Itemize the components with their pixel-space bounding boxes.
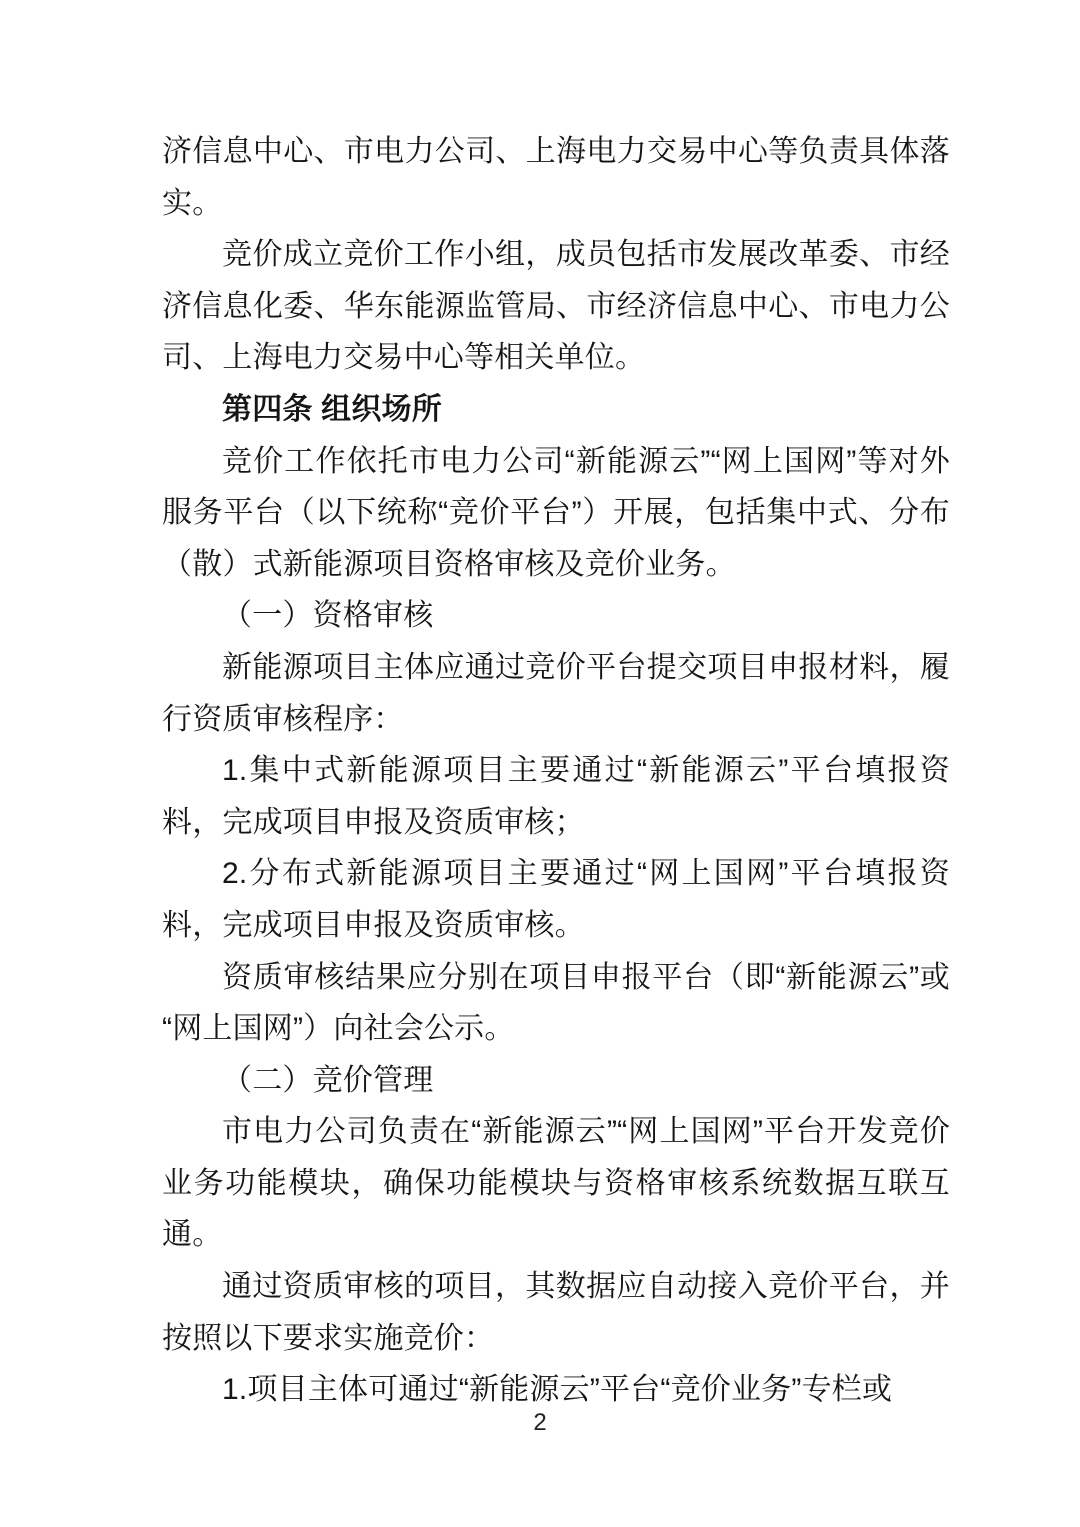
list-item-heading: （一）资格审核	[162, 590, 950, 642]
numbered-item: 1.集中式新能源项目主要通过“新能源云”平台填报资料，完成项目申报及资质审核；	[162, 745, 950, 848]
page-body: 济信息中心、市电力公司、上海电力交易中心等负责具体落实。 竞价成立竞价工作小组，…	[162, 126, 950, 1416]
list-item-heading: （二）竞价管理	[162, 1055, 950, 1107]
paragraph-continuation: 济信息中心、市电力公司、上海电力交易中心等负责具体落实。	[162, 126, 950, 229]
paragraph: 市电力公司负责在“新能源云”“网上国网”平台开发竞价业务功能模块，确保功能模块与…	[162, 1106, 950, 1261]
paragraph: 资质审核结果应分别在项目申报平台（即“新能源云”或“网上国网”）向社会公示。	[162, 952, 950, 1055]
numbered-item: 2.分布式新能源项目主要通过“网上国网”平台填报资料，完成项目申报及资质审核。	[162, 848, 950, 951]
paragraph: 竞价成立竞价工作小组，成员包括市发展改革委、市经济信息化委、华东能源监管局、市经…	[162, 229, 950, 384]
paragraph: 通过资质审核的项目，其数据应自动接入竞价平台，并按照以下要求实施竞价：	[162, 1261, 950, 1364]
page-number: 2	[0, 1408, 1080, 1438]
document-page: 济信息中心、市电力公司、上海电力交易中心等负责具体落实。 竞价成立竞价工作小组，…	[0, 0, 1080, 1527]
paragraph: 新能源项目主体应通过竞价平台提交项目申报材料，履行资质审核程序：	[162, 642, 950, 745]
article-heading: 第四条 组织场所	[162, 384, 950, 436]
paragraph: 竞价工作依托市电力公司“新能源云”“网上国网”等对外服务平台（以下统称“竞价平台…	[162, 436, 950, 591]
